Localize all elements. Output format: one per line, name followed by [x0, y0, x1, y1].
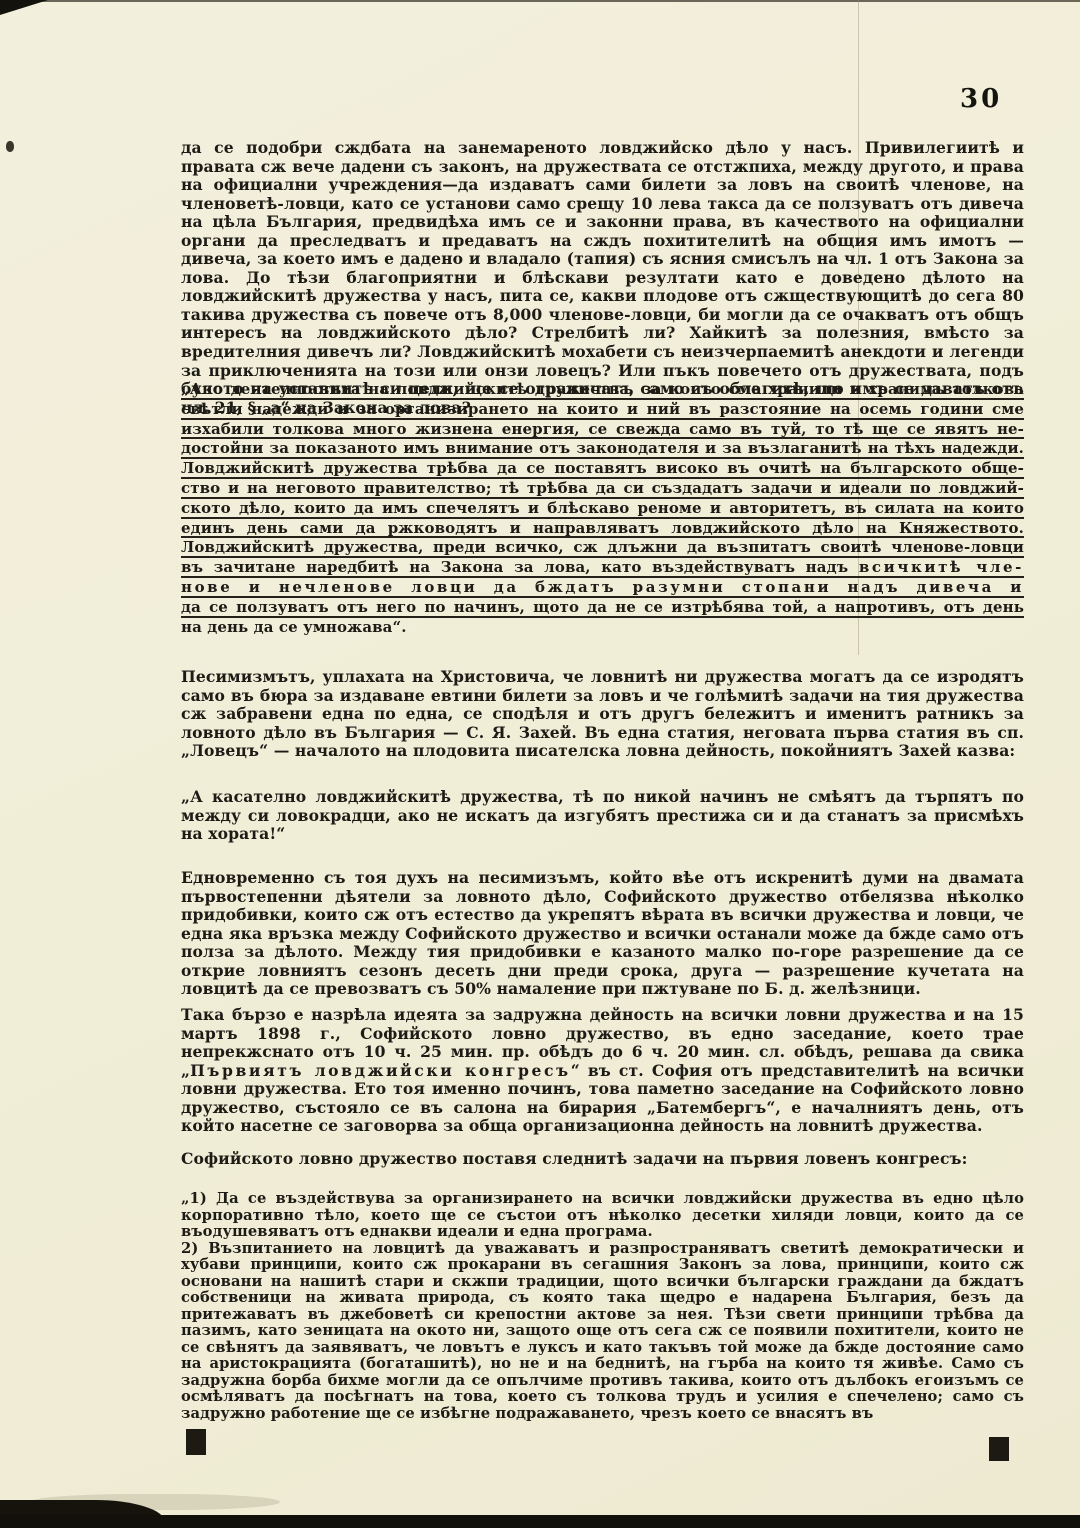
quote-line: достойни за показаното имъ внимание отъ …	[181, 439, 1024, 459]
quote-line-text: ство и на неговото правителство; тѣ трѣб…	[181, 479, 1024, 497]
paragraph-congress-tasks-intro: Софийското ловно дружество поставя следн…	[181, 1150, 1024, 1169]
quote-line: на день да се умножава“.	[181, 618, 1024, 638]
quote-line-text: нове и нечленове ловци да бждатъ разумни…	[181, 578, 1024, 596]
quote-line: „Ако деятелностьта на ловджийскитѣ друже…	[181, 380, 1024, 400]
text-segment: изхабили толкова много жизнена енергия, …	[181, 420, 1024, 438]
text-segment: ското дѣло, които да имъ спечелятъ и блѣ…	[181, 499, 1024, 517]
page-number: 30	[960, 84, 1030, 114]
congress-task-list: „1) Да се въздействува за организирането…	[181, 1191, 1024, 1422]
quote-line-text: единъ день сами да ржководятъ и направля…	[181, 519, 1024, 537]
text-segment: Ловджийскитѣ дружества трѣбва да се пост…	[181, 459, 1024, 477]
quote-line: единъ день сами да ржководятъ и направля…	[181, 519, 1024, 539]
text-segment: да се ползуватъ отъ него по начинъ, щото…	[181, 598, 1024, 616]
quote-line: Ловджийскитѣ дружества трѣбва да се пост…	[181, 459, 1024, 479]
book-page-scan: 30 да се подобри сждбата на занемареното…	[0, 0, 1080, 1528]
text-segment: Ловджийскитѣ дружества, преди всичко, сж…	[181, 538, 1024, 556]
quote-line: ското дѣло, които да имъ спечелятъ и блѣ…	[181, 499, 1024, 519]
quote-line: ство и на неговото правителство; тѣ трѣб…	[181, 479, 1024, 499]
quote-line-text: да се ползуватъ отъ него по начинъ, щото…	[181, 598, 1024, 616]
underlined-quote-hristovich: „Ако деятелностьта на ловджийскитѣ друже…	[181, 380, 1024, 637]
letterspaced-text: нове и нечленове ловци да бждатъ разумни…	[181, 578, 1024, 596]
quote-line-text: ското дѣло, които да имъ спечелятъ и блѣ…	[181, 499, 1024, 517]
quote-line: свѣтли надежди и за организирането на ко…	[181, 400, 1024, 420]
text-segment: „Ако деятелностьта на ловджийскитѣ друже…	[181, 380, 1024, 398]
text-segment: на день да се умножава“.	[181, 618, 407, 636]
quote-line-text: достойни за показаното имъ внимание отъ …	[181, 439, 1024, 457]
scan-corner-top-left	[0, 0, 48, 15]
quote-line-text: изхабили толкова много жизнена енергия, …	[181, 420, 1024, 438]
paragraph-pessimism: Песимизмътъ, уплахата на Христовича, че …	[181, 668, 1024, 761]
paragraph-privileges: да се подобри сждбата на занемареното ло…	[181, 139, 1024, 417]
quote-line: изхабили толкова много жизнена енергия, …	[181, 420, 1024, 440]
quote-line-text: Ловджийскитѣ дружества трѣбва да се пост…	[181, 459, 1024, 477]
quote-line-text: свѣтли надежди и за организирането на ко…	[181, 400, 1024, 418]
text-segment: ство и на неговото правителство; тѣ трѣб…	[181, 479, 1024, 497]
letterspaced-text: Първиятъ ловджийски конгресъ	[190, 1061, 571, 1080]
registration-mark-left	[186, 1429, 206, 1455]
task-item-2: 2) Възпитанието на ловцитѣ да уважаватъ …	[181, 1241, 1024, 1423]
scan-top-edge	[0, 0, 1080, 2]
paragraph-first-congress: Така бързо е назрѣла идеята за задружна …	[181, 1006, 1024, 1136]
task-item-1: „1) Да се въздействува за организирането…	[181, 1191, 1024, 1241]
scan-bottom-edge	[0, 1515, 1080, 1528]
quote-line-text: „Ако деятелностьта на ловджийскитѣ друже…	[181, 380, 1024, 398]
quote-line: въ зачитане наредбитѣ на Закона за лова,…	[181, 558, 1024, 578]
text-segment: въ зачитане наредбитѣ на Закона за лова,…	[181, 558, 859, 576]
quote-line: нове и нечленове ловци да бждатъ разумни…	[181, 578, 1024, 598]
quote-zahei: „А касателно ловджийскитѣ дружества, тѣ …	[181, 788, 1024, 844]
registration-mark-right	[989, 1437, 1009, 1461]
quote-line-text: въ зачитане наредбитѣ на Закона за лова,…	[181, 558, 1024, 576]
text-segment: единъ день сами да ржководятъ и направля…	[181, 519, 1024, 537]
ink-speck	[6, 141, 14, 152]
quote-line-text: на день да се умножава“.	[181, 618, 407, 638]
quote-line-text: Ловджийскитѣ дружества, преди всичко, сж…	[181, 538, 1024, 556]
letterspaced-text: всичкитѣ чле-	[859, 558, 1024, 576]
text-segment: свѣтли надежди и за организирането на ко…	[181, 400, 1024, 418]
quote-line: Ловджийскитѣ дружества, преди всичко, сж…	[181, 538, 1024, 558]
text-segment: достойни за показаното имъ внимание отъ …	[181, 439, 1024, 457]
quote-line: да се ползуватъ отъ него по начинъ, щото…	[181, 598, 1024, 618]
paragraph-sofia-gains: Едновременно съ тоя духъ на песимизъмъ, …	[181, 869, 1024, 999]
